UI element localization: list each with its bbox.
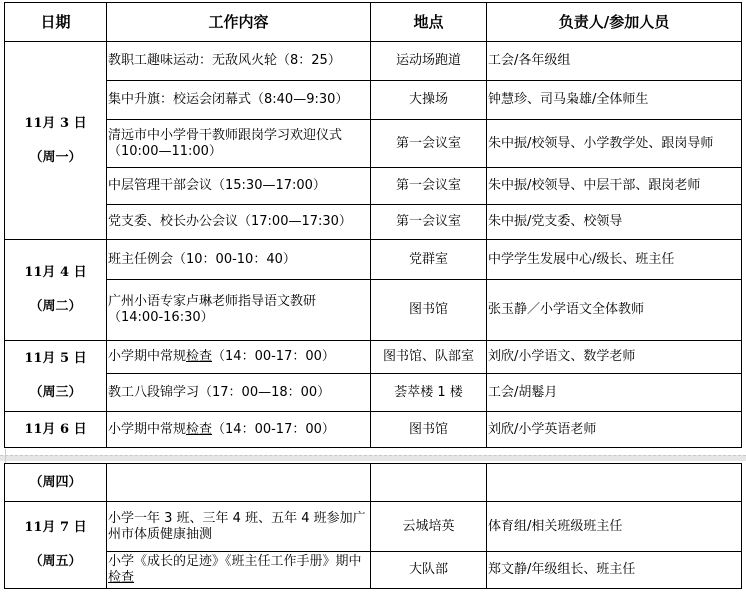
weekday-label: （周四） xyxy=(29,475,81,490)
people-cell: 工会/胡鬈月 xyxy=(487,374,742,412)
schedule-table-part1: 日期 工作内容 地点 负责人/参加人员 11月 3 日 （周一） 教职工趣味运动… xyxy=(4,2,742,448)
content-cell: 班主任例会（10：00-10：40） xyxy=(107,240,371,280)
page-break-separator xyxy=(0,455,746,461)
date-label: 11月 7 日 xyxy=(24,520,86,535)
content-cell: 小学期中常规检查（14：00-17：00） xyxy=(107,412,371,448)
location-cell: 图书馆 xyxy=(371,280,487,341)
people-cell: 中学学生发展中心/级长、班主任 xyxy=(487,240,742,280)
weekday-label: （周二） xyxy=(5,299,106,315)
content-underlined-text: 检查 xyxy=(108,570,134,585)
table-row: 11月 7 日 （周五） 小学一年 3 班、三年 4 班、五年 4 班参加广州市… xyxy=(5,502,742,552)
people-cell: 钟慧珍、司马枭雄/全体师生 xyxy=(487,81,742,120)
date-cell-nov7: 11月 7 日 （周五） xyxy=(5,502,107,589)
location-cell: 图书馆 xyxy=(371,412,487,448)
date-label: 11月 4 日 xyxy=(24,265,86,280)
content-cell: 集中升旗：校运会闭幕式（8:40—9:30） xyxy=(107,81,371,120)
location-cell: 党群室 xyxy=(371,240,487,280)
location-cell: 图书馆、队部室 xyxy=(371,341,487,374)
table-row: 集中升旗：校运会闭幕式（8:40—9:30） 大操场 钟慧珍、司马枭雄/全体师生 xyxy=(5,81,742,120)
location-cell: 第一会议室 xyxy=(371,205,487,240)
date-cell-nov5: 11月 5 日 （周三） xyxy=(5,341,107,412)
table-row: 教工八段锦学习（17：00—18：00） 荟萃楼 1 楼 工会/胡鬈月 xyxy=(5,374,742,412)
content-cell: 广州小语专家卢琳老师指导语文教研（14:00-16:30） xyxy=(107,280,371,341)
people-cell: 体育组/相关班级班主任 xyxy=(487,502,742,552)
date-cell-thu: （周四） xyxy=(5,464,107,502)
content-cell: 小学期中常规检查（14：00-17：00） xyxy=(107,341,371,374)
weekday-label: （周五） xyxy=(5,554,106,570)
people-cell: 朱中振/党支委、校领导 xyxy=(487,205,742,240)
location-cell: 第一会议室 xyxy=(371,168,487,205)
content-cell: 小学《成长的足迹》《班主任工作手册》期中检查 xyxy=(107,552,371,589)
content-time: （14：00-17：00） xyxy=(212,422,335,437)
table-row: 清远市中小学骨干教师跟岗学习欢迎仪式（10:00—11:00） 第一会议室 朱中… xyxy=(5,120,742,168)
table-row: 小学《成长的足迹》《班主任工作手册》期中检查 大队部 郑文静/年级组长、班主任 xyxy=(5,552,742,589)
location-cell: 第一会议室 xyxy=(371,120,487,168)
people-cell: 郑文静/年级组长、班主任 xyxy=(487,552,742,589)
date-label: 11月 6 日 xyxy=(24,422,86,437)
location-cell: 大操场 xyxy=(371,81,487,120)
schedule-table-part2: （周四） 11月 7 日 （周五） 小学一年 3 班、三年 4 班、五年 4 班… xyxy=(4,463,742,589)
table-row: （周四） xyxy=(5,464,742,502)
header-location: 地点 xyxy=(371,3,487,42)
location-cell: 大队部 xyxy=(371,552,487,589)
people-cell: 工会/各年级组 xyxy=(487,42,742,81)
weekday-label: （周三） xyxy=(5,385,106,401)
content-text: 小学期中常规 xyxy=(108,422,186,437)
table-row: 11月 5 日 （周三） 小学期中常规检查（14：00-17：00） 图书馆、队… xyxy=(5,341,742,374)
content-cell: 教工八段锦学习（17：00—18：00） xyxy=(107,374,371,412)
table-row: 11月 4 日 （周二） 班主任例会（10：00-10：40） 党群室 中学学生… xyxy=(5,240,742,280)
people-cell: 刘欣/小学英语老师 xyxy=(487,412,742,448)
page-break-marker xyxy=(0,449,6,463)
date-cell-nov3: 11月 3 日 （周一） xyxy=(5,42,107,240)
content-cell xyxy=(107,464,371,502)
content-underlined-text: 检查 xyxy=(186,349,212,364)
location-cell: 运动场跑道 xyxy=(371,42,487,81)
content-cell: 清远市中小学骨干教师跟岗学习欢迎仪式（10:00—11:00） xyxy=(107,120,371,168)
date-cell-nov4: 11月 4 日 （周二） xyxy=(5,240,107,341)
location-cell xyxy=(371,464,487,502)
location-cell: 云城培英 xyxy=(371,502,487,552)
header-content: 工作内容 xyxy=(107,3,371,42)
content-cell: 小学一年 3 班、三年 4 班、五年 4 班参加广州市体质健康抽测 xyxy=(107,502,371,552)
people-cell xyxy=(487,464,742,502)
content-cell: 教职工趣味运动：无敌风火轮（8：25） xyxy=(107,42,371,81)
people-cell: 张玉静／小学语文全体教师 xyxy=(487,280,742,341)
people-cell: 刘欣/小学语文、数学老师 xyxy=(487,341,742,374)
content-cell: 中层管理干部会议（15:30—17:00） xyxy=(107,168,371,205)
table-row: 11月 6 日 小学期中常规检查（14：00-17：00） 图书馆 刘欣/小学英… xyxy=(5,412,742,448)
content-underlined-text: 检查 xyxy=(186,422,212,437)
weekday-label: （周一） xyxy=(5,150,106,166)
content-text: 小学《成长的足迹》《班主任工作手册》期中 xyxy=(108,554,362,569)
content-cell: 党支委、校长办公会议（17:00—17:30） xyxy=(107,205,371,240)
date-label: 11月 3 日 xyxy=(24,116,86,131)
content-time: （14：00-17：00） xyxy=(212,349,335,364)
table-row: 广州小语专家卢琳老师指导语文教研（14:00-16:30） 图书馆 张玉静／小学… xyxy=(5,280,742,341)
date-label: 11月 5 日 xyxy=(24,351,86,366)
table-row: 11月 3 日 （周一） 教职工趣味运动：无敌风火轮（8：25） 运动场跑道 工… xyxy=(5,42,742,81)
table-row: 中层管理干部会议（15:30—17:00） 第一会议室 朱中振/校领导、中层干部… xyxy=(5,168,742,205)
people-cell: 朱中振/校领导、中层干部、跟岗老师 xyxy=(487,168,742,205)
header-people: 负责人/参加人员 xyxy=(487,3,742,42)
header-row: 日期 工作内容 地点 负责人/参加人员 xyxy=(5,3,742,42)
header-date: 日期 xyxy=(5,3,107,42)
location-cell: 荟萃楼 1 楼 xyxy=(371,374,487,412)
people-cell: 朱中振/校领导、小学教学处、跟岗导师 xyxy=(487,120,742,168)
date-cell-nov6: 11月 6 日 xyxy=(5,412,107,448)
content-text: 小学期中常规 xyxy=(108,349,186,364)
table-row: 党支委、校长办公会议（17:00—17:30） 第一会议室 朱中振/党支委、校领… xyxy=(5,205,742,240)
